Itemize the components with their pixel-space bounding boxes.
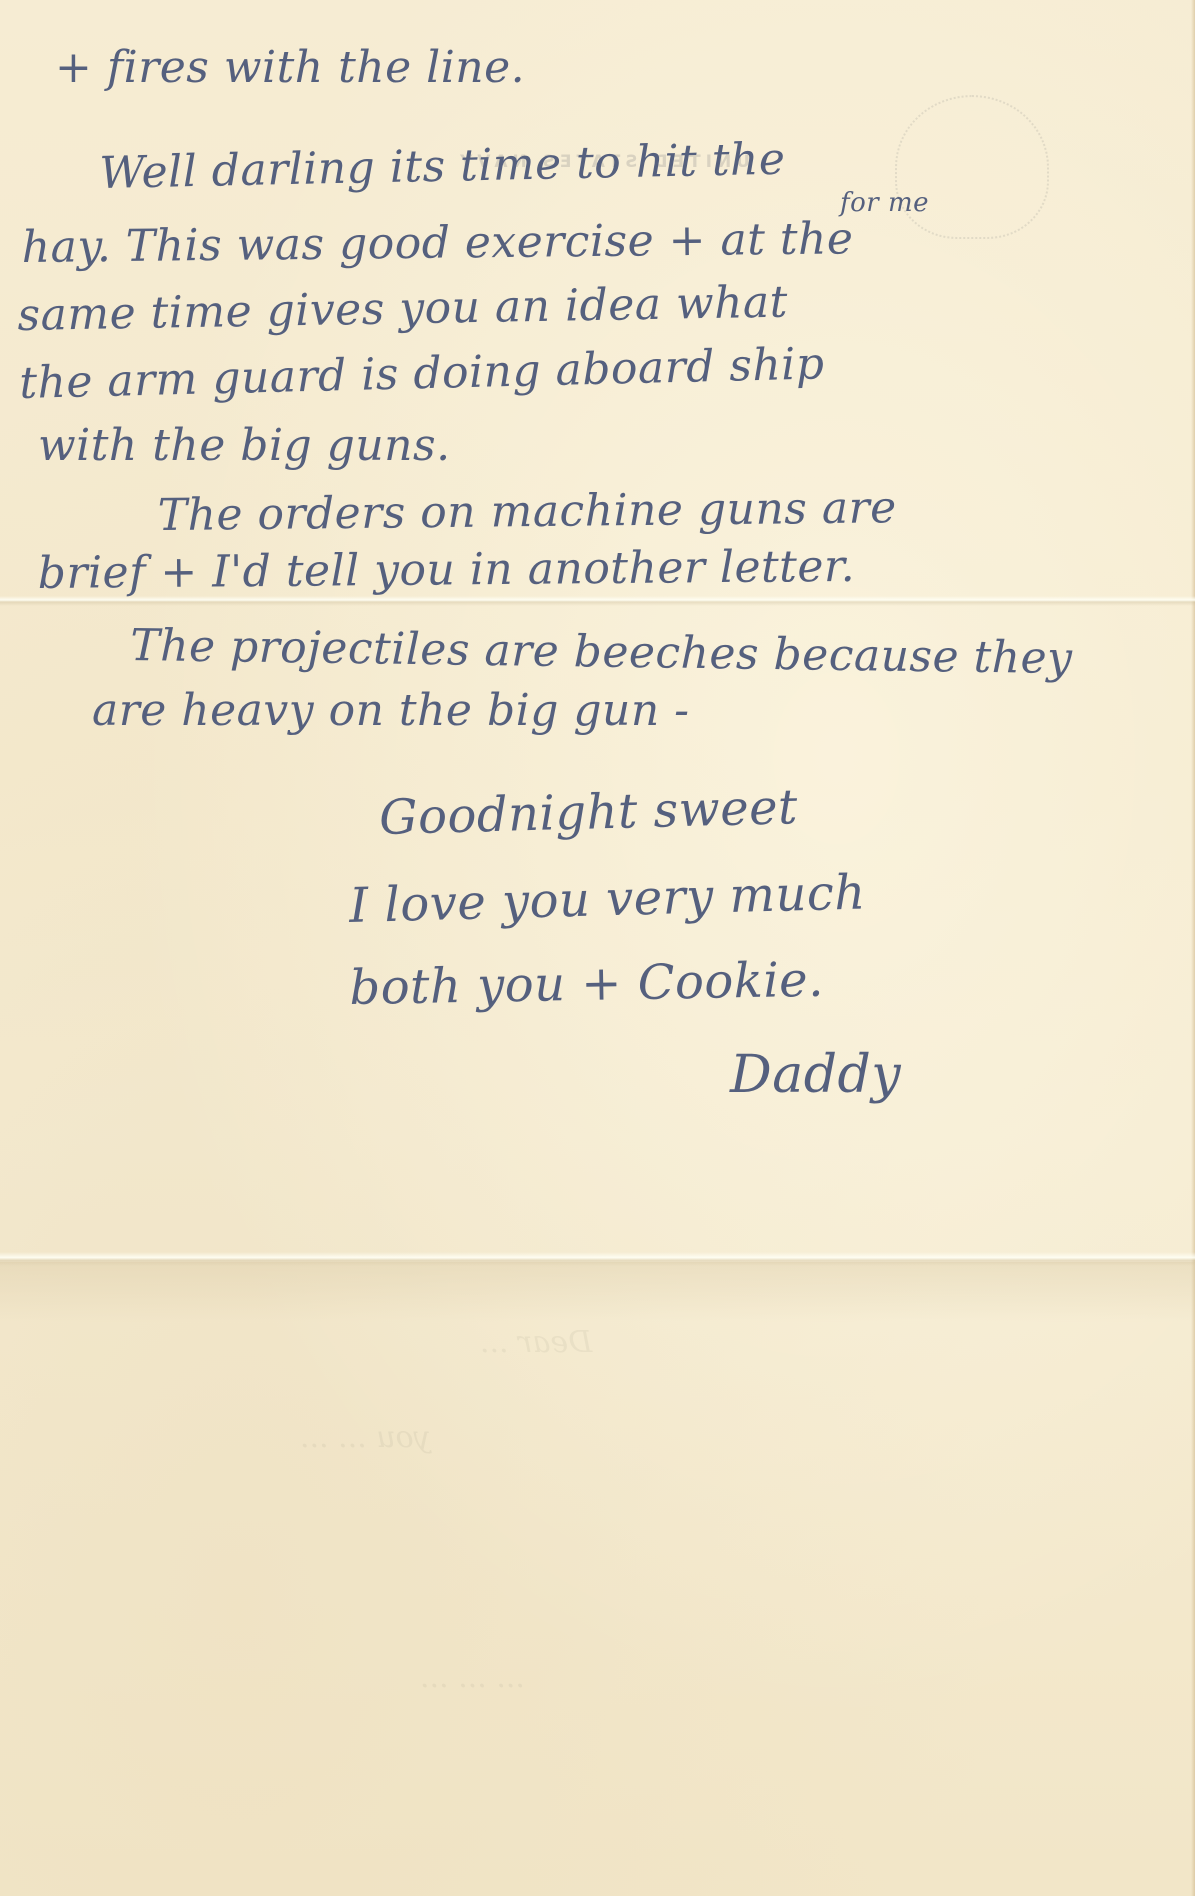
- body-line-1: + fires with the line.: [55, 42, 525, 93]
- body-line-9: The projectiles are beeches because they: [130, 620, 1073, 684]
- body-line-4: same time gives you an idea what: [17, 277, 788, 341]
- body-line-10: are heavy on the big gun -: [92, 685, 690, 736]
- bleed-through-3: ... ... ...: [420, 1660, 525, 1695]
- body-line-3: hay. This was good exercise + at the: [21, 213, 853, 273]
- closing-both: both you + Cookie.: [349, 952, 824, 1016]
- body-line-6: with the big guns.: [38, 420, 451, 471]
- bleed-through-1: Dear ...: [480, 1325, 592, 1360]
- closing-love: I love you very much: [349, 864, 867, 934]
- insertion-for-me: for me: [840, 188, 929, 218]
- signature-daddy: Daddy: [730, 1045, 901, 1105]
- body-line-5: the arm guard is doing aboard ship: [19, 338, 825, 409]
- paper-edge: [1191, 0, 1195, 1896]
- body-line-2: Well darling its time to hit the: [99, 134, 786, 199]
- body-line-8: brief + I'd tell you in another letter.: [38, 541, 856, 599]
- closing-goodnight: Goodnight sweet: [379, 779, 799, 846]
- letter-page: UNITED STATES NAVY + fires with the line…: [0, 0, 1195, 1896]
- fold-shadow: [0, 1262, 1195, 1322]
- body-line-7: The orders on machine guns are: [157, 482, 896, 541]
- bleed-through-2: you ... ...: [300, 1420, 431, 1455]
